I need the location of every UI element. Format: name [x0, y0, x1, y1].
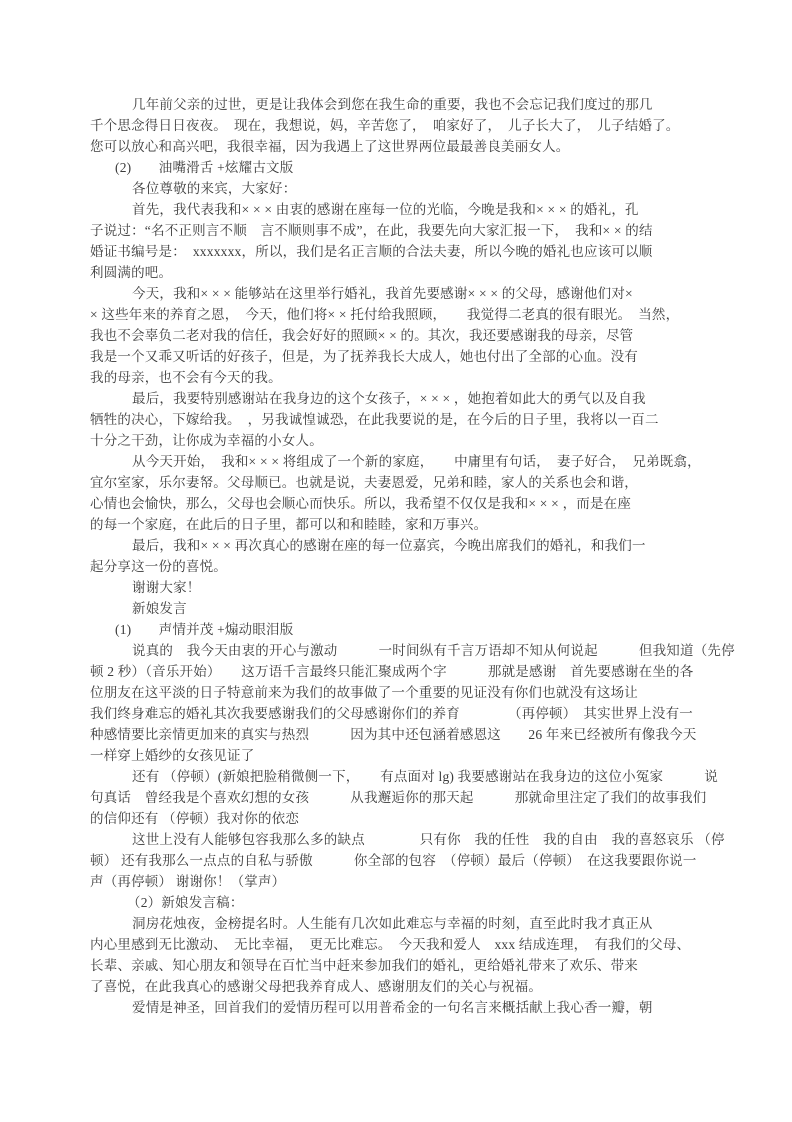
text-line: 位朋友在这平淡的日子特意前来为我们的故事做了一个重要的见证没有你们也就没有这场让	[90, 682, 750, 703]
text-line: 我的母亲，也不会有今天的我。	[90, 367, 750, 388]
text-line: 宜尔室家，乐尔妻帑。父母顺已。也就是说，夫妻恩爱，兄弟和睦，家人的关系也会和谐，	[90, 472, 750, 493]
text-line: 内心里感到无比激动、 无比幸福， 更无比难忘。 今天我和爱人 xxx 结成连理，…	[90, 934, 750, 955]
text-line: 还有 （停顿）(新娘把脸稍微侧一下， 有点面对 lg) 我要感谢站在我身边的这位…	[90, 766, 750, 787]
text-line: 首先，我代表我和× × × 由衷的感谢在座每一位的光临，今晚是我和× × × 的…	[90, 199, 750, 220]
text-line: 种感情要比亲情更加来的真实与热烈 因为其中还包涵着感恩这 26 年来已经被所有像…	[90, 724, 750, 745]
text-line: 最后，我要特别感谢站在我身边的这个女孩子，× × × ，她抱着如此大的勇气以及自…	[90, 388, 750, 409]
text-line: 子说过：“名不正则言不顺 言不顺则事不成”，在此，我要先向大家汇报一下， 我和×…	[90, 220, 750, 241]
text-line: 起分享这一份的喜悦。	[90, 556, 750, 577]
text-line: 千个思念得日日夜夜。 现在，我想说，妈，辛苦您了， 咱家好了， 儿子长大了， 儿…	[90, 115, 750, 136]
text-line: 婚证书编号是： xxxxxxx，所以，我们是名正言顺的合法夫妻，所以今晚的婚礼也…	[90, 241, 750, 262]
text-line: 顿 2 秒）（音乐开始） 这万语千言最终只能汇聚成两个字 那就是感谢 首先要感谢…	[90, 661, 750, 682]
text-line: 我们终身难忘的婚礼其次我要感谢我们的父母感谢你们的养育 （再停顿） 其实世界上没…	[90, 703, 750, 724]
text-line: × 这些年来的养育之恩， 今天，他们将× × 托付给我照顾， 我觉得二老真的很有…	[90, 304, 750, 325]
text-line: 利圆满的吧。	[90, 262, 750, 283]
text-line: 从今天开始， 我和× × × 将组成了一个新的家庭， 中庸里有句话， 妻子好合，…	[90, 451, 750, 472]
text-line: 我也不会辜负二老对我的信任，我会好好的照顾× × 的。其次，我还要感谢我的母亲，…	[90, 325, 750, 346]
text-line: 长辈、亲戚、知心朋友和领导在百忙当中赶来参加我们的婚礼，更给婚礼带来了欢乐、带来	[90, 955, 750, 976]
text-line: (2) 油嘴滑舌 +炫耀古文版	[90, 157, 750, 178]
text-line: 各位尊敬的来宾，大家好：	[90, 178, 750, 199]
text-line: 这世上没有人能够包容我那么多的缺点 只有你 我的任性 我的自由 我的喜怒哀乐 （…	[90, 829, 750, 850]
text-line: 谢谢大家！	[90, 577, 750, 598]
text-line: 我是一个又乖又听话的好孩子，但是，为了抚养我长大成人，她也付出了全部的心血。没有	[90, 346, 750, 367]
text-line: 说真的 我今天由衷的开心与激动 一时间纵有千言万语却不知从何说起 但我知道（先停	[90, 640, 750, 661]
document-page: 几年前父亲的过世，更是让我体会到您在我生命的重要，我也不会忘记我们度过的那几千个…	[0, 0, 792, 1122]
document-body: 几年前父亲的过世，更是让我体会到您在我生命的重要，我也不会忘记我们度过的那几千个…	[90, 94, 750, 1018]
text-line: 今天，我和× × × 能够站在这里举行婚礼，我首先要感谢× × × 的父母，感谢…	[90, 283, 750, 304]
text-line: 一样穿上婚纱的女孩见证了	[90, 745, 750, 766]
text-line: 心情也会愉快，那么，父母也会顺心而快乐。所以，我希望不仅仅是我和× × × ，而…	[90, 493, 750, 514]
text-line: 新娘发言	[90, 598, 750, 619]
text-line: 爱情是神圣，回首我们的爱情历程可以用普希金的一句名言来概括献上我心香一瓣，朝	[90, 997, 750, 1018]
text-line: 最后，我和× × × 再次真心的感谢在座的每一位嘉宾，今晚出席我们的婚礼，和我们…	[90, 535, 750, 556]
text-line: 了喜悦，在此我真心的感谢父母把我养育成人、感谢朋友们的关心与祝福。	[90, 976, 750, 997]
text-line: 您可以放心和高兴吧，我很幸福，因为我遇上了这世界两位最最善良美丽女人。	[90, 136, 750, 157]
text-line: （2）新娘发言稿：	[90, 892, 750, 913]
text-line: 的信仰还有 （停顿）我对你的依恋	[90, 808, 750, 829]
text-line: 声（再停顿） 谢谢你！（掌声）	[90, 871, 750, 892]
text-line: 十分之干劲，让你成为幸福的小女人。	[90, 430, 750, 451]
text-line: 洞房花烛夜，金榜提名时。人生能有几次如此难忘与幸福的时刻，直至此时我才真正从	[90, 913, 750, 934]
text-line: 牺牲的决心，下嫁给我。 ，另我诚惶诚恐，在此我要说的是，在今后的日子里，我将以一…	[90, 409, 750, 430]
text-line: 顿） 还有我那么一点点的自私与骄傲 你全部的包容 （停顿）最后（停顿） 在这我要…	[90, 850, 750, 871]
text-line: 句真话 曾经我是个喜欢幻想的女孩 从我邂逅你的那天起 那就命里注定了我们的故事我…	[90, 787, 750, 808]
text-line: 的每一个家庭，在此后的日子里，都可以和和睦睦，家和万事兴。	[90, 514, 750, 535]
text-line: (1) 声情并茂 +煽动眼泪版	[90, 619, 750, 640]
text-line: 几年前父亲的过世，更是让我体会到您在我生命的重要，我也不会忘记我们度过的那几	[90, 94, 750, 115]
